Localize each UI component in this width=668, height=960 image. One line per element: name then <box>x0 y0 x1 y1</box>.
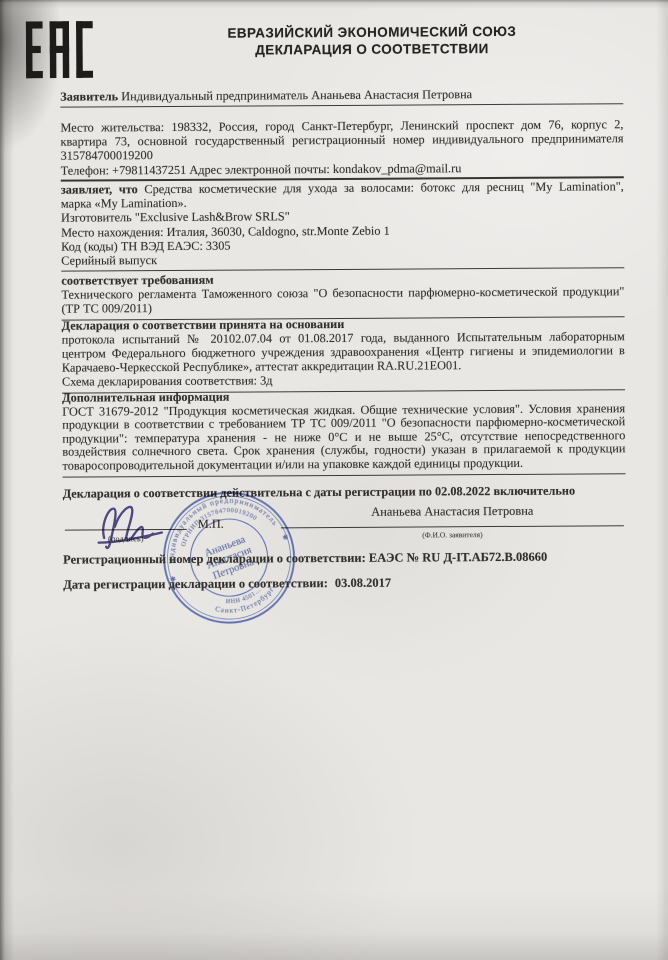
section-product: заявляет, что Средства косметические для… <box>61 179 625 272</box>
phone-email-line: Телефон: +79811437251 Адрес электронной … <box>61 160 624 178</box>
fio-caption: (Ф.И.О. заявителя) <box>281 529 624 540</box>
section-additional-info: Дополнительная информация ГОСТ 31679-201… <box>62 388 626 477</box>
document-header: ЕВРАЗИЙСКИЙ ЭКОНОМИЧЕСКИЙ СОЮЗ ДЕКЛАРАЦИ… <box>108 22 636 59</box>
applicant-text: Индивидуальный предприниматель Ананьева … <box>118 87 472 103</box>
declares-label: заявляет, что <box>61 182 138 196</box>
document-photo: ЕВРАЗИЙСКИЙ ЭКОНОМИЧЕСКИЙ СОЮЗ ДЕКЛАРАЦИ… <box>0 0 668 960</box>
section-requirements: соответствует требованиям Технического р… <box>61 270 624 320</box>
applicant-line: Заявитель Индивидуальный предприниматель… <box>60 86 623 104</box>
applicant-fio: Ананьева Анастасия Петровна <box>281 503 624 520</box>
serial-release-line: Серийный выпуск <box>61 250 624 268</box>
requirements-tr-ts: (ТР ТС 009/2011) <box>61 299 624 317</box>
fio-line <box>281 525 624 528</box>
additional-line: товаросопроводительной документации и/ил… <box>62 456 625 473</box>
registration-date-value: 03.08.2017 <box>335 576 391 590</box>
declaration-document: ЕВРАЗИЙСКИЙ ЭКОНОМИЧЕСКИЙ СОЮЗ ДЕКЛАРАЦИ… <box>0 0 668 960</box>
eac-logo-icon <box>26 19 93 79</box>
stamp-star-right: ✱ <box>282 533 290 543</box>
applicant-label: Заявитель <box>60 89 118 103</box>
registration-date-label: Дата регистрации декларации о соответств… <box>63 576 328 592</box>
declares-text: Средства косметические для ухода за воло… <box>138 179 624 196</box>
registration-date-line: Дата регистрации декларации о соответств… <box>63 574 633 592</box>
registration-number-line: Регистрационный номер декларации о соотв… <box>63 549 633 567</box>
section-basis: Декларация о соответствии принята на осн… <box>62 316 625 393</box>
section-applicant: Заявитель Индивидуальный предприниматель… <box>60 86 623 108</box>
scheme-line: Схема декларирования соответствия: 3д <box>62 372 625 389</box>
header-doc-title: ДЕКЛАРАЦИЯ О СООТВЕТСТВИИ <box>108 39 636 59</box>
section-address: Место жительства: 198332, Россия, город … <box>60 117 623 181</box>
